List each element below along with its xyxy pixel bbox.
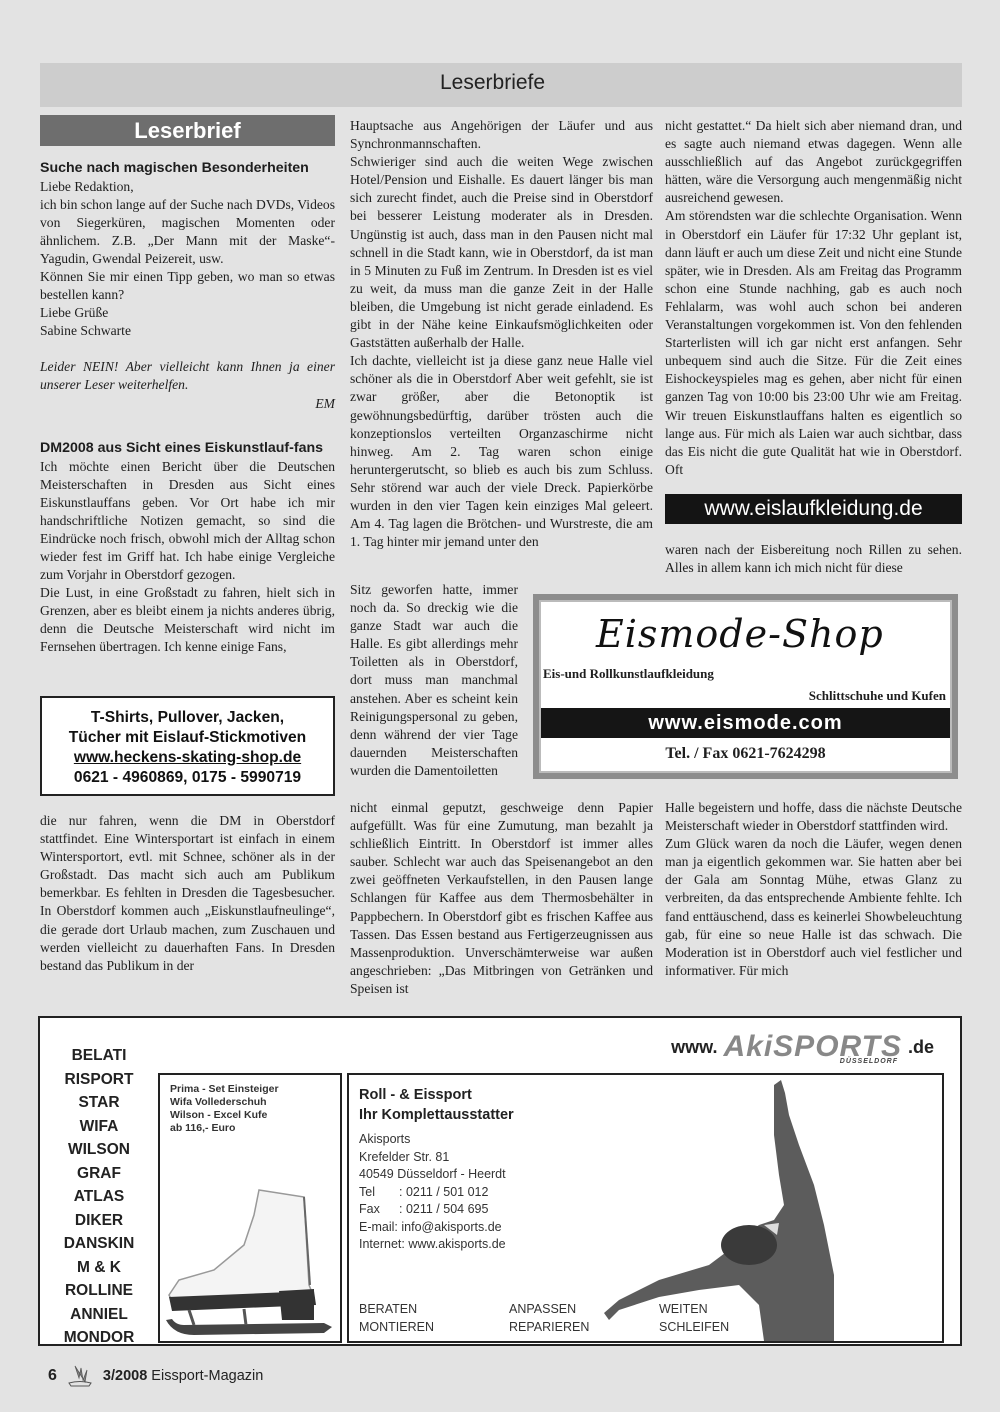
eismode-logo: Eismode-Shop [596, 612, 884, 656]
ad-akisports: BELATI RISPORT STAR WIFA WILSON GRAF ATL… [38, 1016, 962, 1346]
brand-item: WILSON [52, 1138, 146, 1162]
service-item: MONTIEREN [359, 1319, 499, 1337]
magazine-logo-icon [67, 1364, 93, 1388]
page-footer: 6 3/2008 Eissport-Magazin [48, 1364, 263, 1388]
eismode-subtitle-left: Eis-und Rollkunstlaufkleidung [543, 666, 714, 682]
service-group: ANPASSEN REPARIEREN [509, 1301, 649, 1336]
brand-item: GRAF [52, 1162, 146, 1186]
letter2-paragraph: Sitz geworfen hatte, immer noch da. So d… [350, 581, 518, 780]
brand-item: MONDOR [52, 1326, 146, 1350]
offer-line: Prima - Set Einsteiger [170, 1083, 279, 1096]
service-item: WEITEN [659, 1301, 799, 1319]
letter2-paragraph: die nur fahren, wenn die DM in Oberstdor… [40, 812, 335, 975]
brand-list: BELATI RISPORT STAR WIFA WILSON GRAF ATL… [52, 1044, 146, 1350]
page-number: 6 [48, 1367, 57, 1385]
letter1-title: Suche nach magischen Besonderheiten [40, 160, 335, 178]
letter2-title: DM2008 aus Sicht eines Eiskunstlauf-fans [40, 440, 335, 458]
brand-item: M & K [52, 1256, 146, 1280]
brand-item: STAR [52, 1091, 146, 1115]
service-item: SCHLEIFEN [659, 1319, 799, 1337]
letter1-body: ich bin schon lange auf der Suche nach D… [40, 196, 335, 268]
leserbrief-banner: Leserbrief [40, 115, 335, 146]
letter1-salutation: Liebe Redaktion, [40, 178, 335, 196]
fax-label: Fax [359, 1201, 399, 1219]
city: 40549 Düsseldorf - Heerdt [359, 1166, 506, 1184]
editor-signature: EM [40, 395, 335, 413]
letter1-closing: Liebe Grüße [40, 304, 335, 322]
offer-line: Wilson - Excel Kufe [170, 1109, 279, 1122]
section-title: Leserbriefe [440, 71, 545, 95]
email[interactable]: E-mail: info@akisports.de [359, 1219, 506, 1237]
logo-subtitle: DÜSSELDORF [840, 1058, 898, 1065]
brand-item: BELATI [52, 1044, 146, 1068]
letter2-paragraph: Am störendsten war die schlechte Organis… [665, 207, 962, 478]
letter2-paragraph: Hauptsache aus Angehörigen der Läufer un… [350, 117, 653, 153]
letter2-col3-bottom: Halle begeistern und hoffe, dass die näc… [665, 799, 962, 980]
street: Krefelder Str. 81 [359, 1149, 506, 1167]
magazine-page: Leserbriefe Leserbrief Suche nach magisc… [0, 0, 1000, 1412]
ad-eismode-shop: Eismode-Shop Eis-und Rollkunstlaufkleidu… [533, 594, 958, 779]
ad-heckens-line1: T-Shirts, Pullover, Jacken, [42, 708, 333, 728]
akisports-address: Akisports Krefelder Str. 81 40549 Düssel… [359, 1131, 506, 1254]
service-item: BERATEN [359, 1301, 499, 1319]
letter2-col3-top: nicht gestattet.“ Da hielt sich aber nie… [665, 117, 962, 479]
letter2-col2-top: Hauptsache aus Angehörigen der Läufer un… [350, 117, 653, 551]
tel-value: : 0211 / 501 012 [399, 1185, 488, 1199]
eismode-phone: Tel. / Fax 0621-7624298 [541, 745, 950, 763]
phone-row: Tel: 0211 / 501 012 [359, 1184, 506, 1202]
editor-reply: Leider NEIN! Aber vielleicht kann Ihnen … [40, 358, 335, 394]
ice-skate-icon [164, 1185, 340, 1340]
letter2-paragraph: Zum Glück waren da noch die Läufer, wege… [665, 835, 962, 980]
brand-item: ATLAS [52, 1185, 146, 1209]
letter2-col2-narrow: Sitz geworfen hatte, immer noch da. So d… [350, 581, 518, 780]
brand-item: DANSKIN [52, 1232, 146, 1256]
letter2-paragraph: nicht einmal geputzt, geschweige denn Pa… [350, 799, 653, 998]
letter2-paragraph: Die Lust, in eine Großstadt zu fahren, h… [40, 584, 335, 656]
letter2-paragraph: Ich dachte, vielleicht ist ja diese ganz… [350, 352, 653, 551]
letter2-col1-top: DM2008 aus Sicht eines Eiskunstlauf-fans… [40, 440, 335, 657]
brand-item: WIFA [52, 1115, 146, 1139]
ad-heckens-phone: 0621 - 4960869, 0175 - 5990719 [42, 768, 333, 788]
ad-heckens-url[interactable]: www.heckens-skating-shop.de [42, 748, 333, 768]
fax-row: Fax: 0211 / 504 695 [359, 1201, 506, 1219]
letter2-col1-bottom: die nur fahren, wenn die DM in Oberstdor… [40, 812, 335, 975]
letter2-col2-bottom: nicht einmal geputzt, geschweige denn Pa… [350, 799, 653, 998]
company-name: Akisports [359, 1131, 506, 1149]
brand-item: ROLLINE [52, 1279, 146, 1303]
akisports-headline: Roll - & Eissport Ihr Komplettausstatter [359, 1085, 514, 1125]
issue-info: 3/2008 Eissport-Magazin [103, 1368, 263, 1384]
letter1-question: Können Sie mir einen Tipp geben, wo man … [40, 268, 335, 304]
ad-heckens-line2: Tücher mit Eislauf-Stickmotiven [42, 728, 333, 748]
akisports-services: BERATEN MONTIEREN ANPASSEN REPARIEREN WE… [359, 1301, 799, 1336]
skate-offer-box: Prima - Set Einsteiger Wifa Vollederschu… [158, 1073, 342, 1343]
brand-item: ANNIEL [52, 1303, 146, 1327]
service-item: ANPASSEN [509, 1301, 649, 1319]
letter2-paragraph: waren nach der Eisbereitung noch Rillen … [665, 541, 962, 577]
service-item: REPARIEREN [509, 1319, 649, 1337]
magazine-name: Eissport-Magazin [151, 1368, 263, 1384]
letter1: Suche nach magischen Besonderheiten Lieb… [40, 160, 335, 413]
brand-item: DIKER [52, 1209, 146, 1233]
eismode-url[interactable]: www.eismode.com [541, 708, 950, 738]
service-group: BERATEN MONTIEREN [359, 1301, 499, 1336]
ad-eislaufkleidung[interactable]: www.eislaufkleidung.de [665, 494, 962, 524]
brand-item: RISPORT [52, 1068, 146, 1092]
offer-line: ab 116,- Euro [170, 1122, 279, 1135]
logo-prefix: www. [671, 1037, 717, 1058]
letter2-paragraph: nicht gestattet.“ Da hielt sich aber nie… [665, 117, 962, 207]
headline-line1: Roll - & Eissport [359, 1085, 514, 1105]
ad-heckens-skating-shop: T-Shirts, Pullover, Jacken, Tücher mit E… [40, 696, 335, 796]
letter2-paragraph: Halle begeistern und hoffe, dass die näc… [665, 799, 962, 835]
service-group: WEITEN SCHLEIFEN [659, 1301, 799, 1336]
issue-number: 3/2008 [103, 1368, 147, 1384]
akisports-contact-box: Roll - & Eissport Ihr Komplettausstatter… [347, 1073, 944, 1343]
eismode-subtitle-right: Schlittschuhe und Kufen [809, 688, 946, 704]
fax-value: : 0211 / 504 695 [399, 1202, 488, 1216]
offer-line: Wifa Vollederschuh [170, 1096, 279, 1109]
letter2-col3-mid: waren nach der Eisbereitung noch Rillen … [665, 541, 962, 577]
ad-eismode-inner: Eismode-Shop Eis-und Rollkunstlaufkleidu… [539, 600, 952, 773]
skate-offer-text: Prima - Set Einsteiger Wifa Vollederschu… [170, 1083, 279, 1135]
tel-label: Tel [359, 1184, 399, 1202]
website[interactable]: Internet: www.akisports.de [359, 1236, 506, 1254]
letter1-author: Sabine Schwarte [40, 322, 335, 340]
letter2-paragraph: Schwieriger sind auch die weiten Wege zw… [350, 153, 653, 352]
logo-suffix: .de [908, 1037, 934, 1058]
headline-line2: Ihr Komplettausstatter [359, 1105, 514, 1125]
letter2-paragraph: Ich möchte einen Bericht über die Deutsc… [40, 458, 335, 585]
